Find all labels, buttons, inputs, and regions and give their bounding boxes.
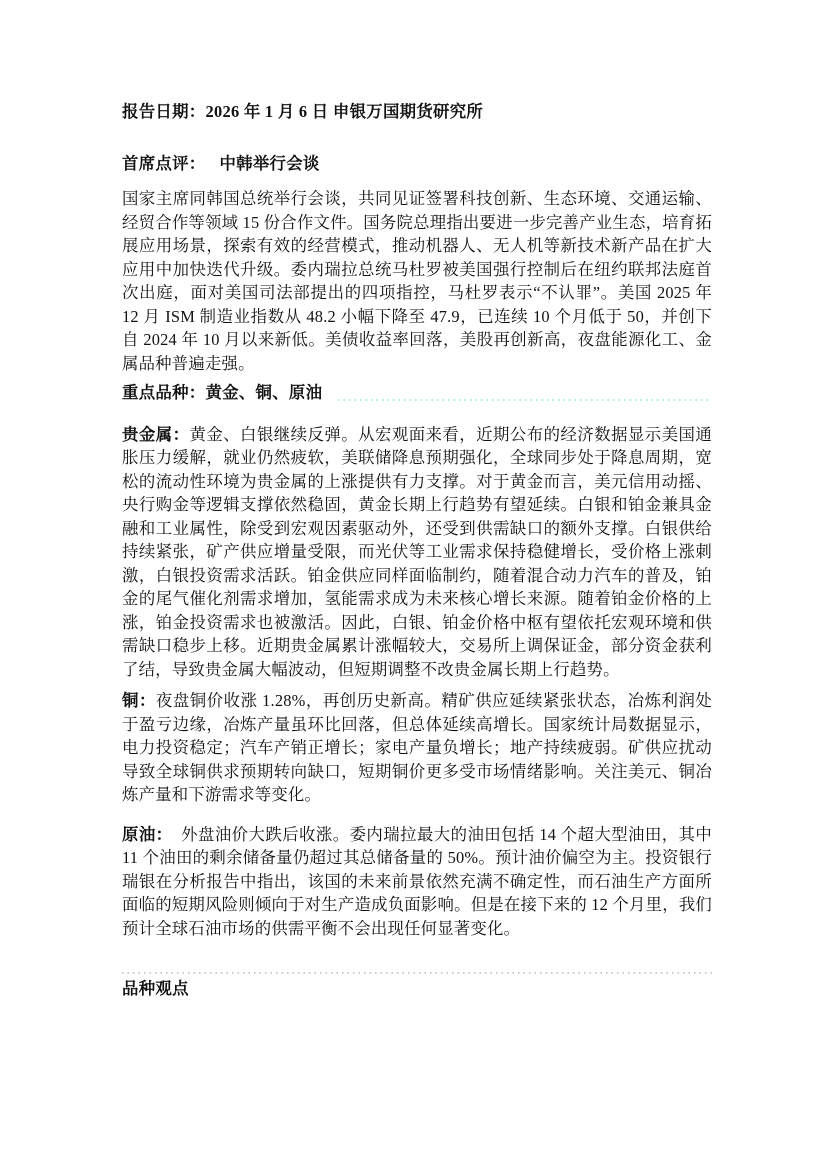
chief-comment-title: 中韩举行会谈 (219, 154, 319, 173)
copper-paragraph: 铜：夜盘铜价收涨 1.28%，再创历史新高。精矿供应延续紧张状态，冶炼利润处于盈… (122, 689, 712, 807)
key-varieties-heading: 重点品种：黄金、铜、原油 (122, 381, 322, 405)
crude-oil-body: 外盘油价大跌后收涨。委内瑞拉最大的油田包括 14 个超大型油田，其中 11 个油… (122, 825, 712, 938)
copper-body: 夜盘铜价收涨 1.28%，再创历史新高。精矿供应延续紧张状态，冶炼利润处于盈亏边… (122, 691, 712, 804)
copper-label: 铜： (122, 691, 156, 710)
report-page: 报告日期：2026 年 1 月 6 日 申银万国期货研究所 首席点评：中韩举行会… (0, 0, 826, 1169)
precious-metals-body: 黄金、白银继续反弹。从宏观面来看，近期公布的经济数据显示美国通胀压力缓解，就业仍… (122, 425, 712, 679)
chief-comment-body: 国家主席同韩国总统举行会谈，共同见证签署科技创新、生态环境、交通运输、经贸合作等… (122, 187, 712, 375)
crude-oil-label: 原油： (122, 825, 164, 844)
precious-metals-label: 贵金属： (122, 425, 189, 444)
gray-dotted-divider (122, 972, 712, 974)
green-dotted-divider (338, 399, 712, 401)
crude-oil-paragraph: 原油： 外盘油价大跌后收涨。委内瑞拉最大的油田包括 14 个超大型油田，其中 1… (122, 823, 712, 941)
chief-comment-heading: 首席点评：中韩举行会谈 (122, 152, 712, 176)
varieties-view-heading: 品种观点 (122, 977, 712, 1001)
chief-comment-label: 首席点评： (122, 154, 205, 173)
report-date-line: 报告日期：2026 年 1 月 6 日 申银万国期货研究所 (122, 100, 712, 124)
key-varieties-heading-row: 重点品种：黄金、铜、原油 (122, 381, 712, 405)
precious-metals-paragraph: 贵金属：黄金、白银继续反弹。从宏观面来看，近期公布的经济数据显示美国通胀压力缓解… (122, 423, 712, 682)
